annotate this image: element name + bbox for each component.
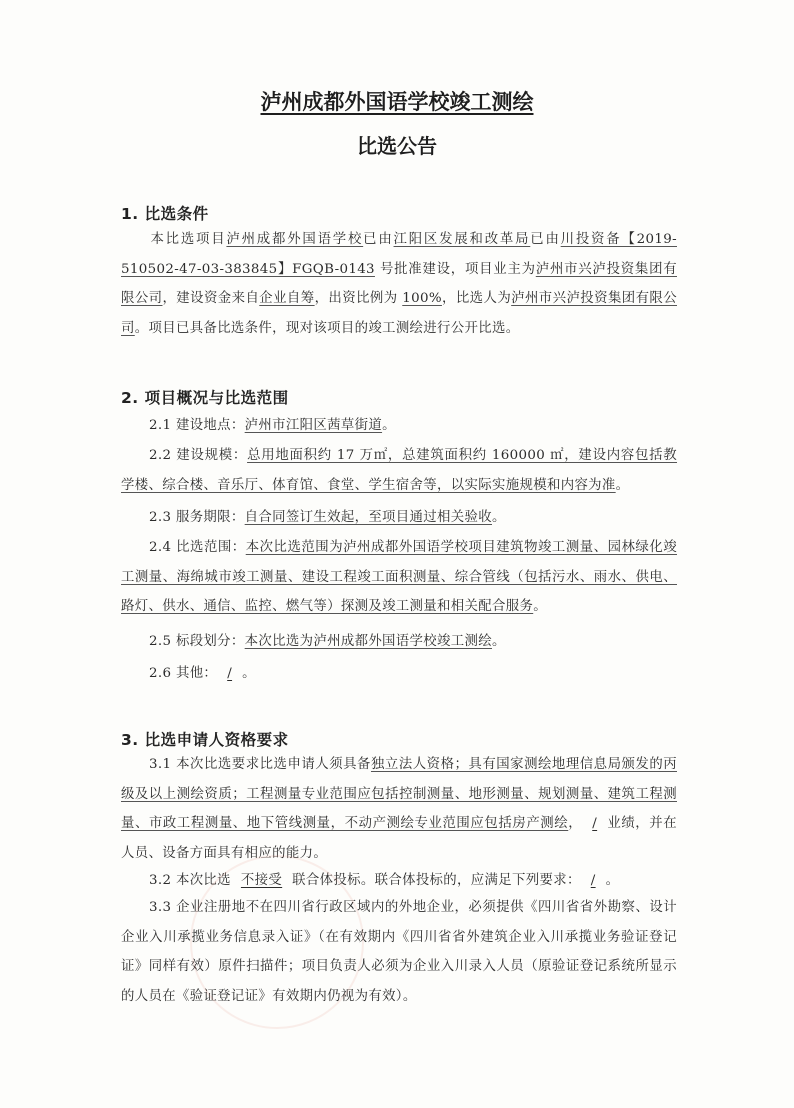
underlined-text: 本次比选为泸州成都外国语学校竣工测绘 bbox=[245, 634, 492, 649]
underlined-text: 自合同签订生效起，至项目通过相关验收 bbox=[245, 510, 492, 525]
text-run: ， bbox=[568, 816, 582, 831]
section-2-5-paragraph: 2.5 标段划分：本次比选为泸州成都外国语学校竣工测绘。 bbox=[121, 627, 677, 657]
text-run: 2.3 服务期限： bbox=[149, 510, 245, 525]
text-run: 2.5 标段划分： bbox=[149, 634, 245, 649]
underlined-text: 江阳区发展和改革局 bbox=[394, 232, 531, 247]
text-run: 。 bbox=[533, 599, 547, 614]
section-3-heading: 3. 比选申请人资格要求 bbox=[121, 728, 289, 750]
section-2-6-paragraph: 2.6 其他：/。 bbox=[121, 659, 677, 689]
fill-in-blank: / bbox=[217, 659, 242, 689]
document-subtitle: 比选公告 bbox=[0, 130, 794, 159]
text-run: 。 bbox=[492, 634, 506, 649]
underlined-text: 100% bbox=[402, 291, 442, 306]
text-run: 。 bbox=[382, 418, 396, 433]
text-run: 2.1 建设地点： bbox=[149, 418, 245, 433]
text-run: 2.6 其他： bbox=[149, 666, 217, 681]
text-run: 已由 bbox=[363, 232, 393, 247]
text-run: 号批准建设，项目业主为 bbox=[375, 262, 536, 277]
text-run: 3.3 企业注册地不在四川省行政区域内的外地企业，必须提供《四川省省外勘察、设计… bbox=[121, 900, 677, 1004]
section-3-1-paragraph: 3.1 本次比选要求比选申请人须具备独立法人资格；具有国家测绘地理信息局颁发的丙… bbox=[121, 750, 677, 868]
section-1-paragraph: 本比选项目泸州成都外国语学校已由江阳区发展和改革局已由川投资备【2019-510… bbox=[121, 225, 677, 343]
text-run: ，比选人为 bbox=[442, 291, 511, 306]
section-2-3-paragraph: 2.3 服务期限：自合同签订生效起，至项目通过相关验收。 bbox=[121, 503, 677, 533]
text-run: 。项目已具备比选条件，现对该项目的竣工测绘进行公开比选。 bbox=[135, 321, 520, 336]
document-page: 泸州成都外国语学校竣工测绘 比选公告 1. 比选条件 本比选项目泸州成都外国语学… bbox=[0, 0, 794, 1108]
text-run: 。 bbox=[616, 478, 630, 493]
text-run: 3.1 本次比选要求比选申请人须具备 bbox=[149, 757, 371, 772]
section-3-3-paragraph: 3.3 企业注册地不在四川省行政区域内的外地企业，必须提供《四川省省外勘察、设计… bbox=[121, 893, 677, 1011]
text-run: 3.2 本次比选 bbox=[149, 873, 231, 888]
section-3-2-paragraph: 3.2 本次比选不接受联合体投标。联合体投标的，应满足下列要求：/。 bbox=[121, 866, 677, 896]
text-run: ，建设资金来自 bbox=[162, 291, 259, 306]
document-title-text: 泸州成都外国语学校竣工测绘 bbox=[261, 90, 534, 114]
text-run: 2.4 比选范围： bbox=[149, 540, 246, 555]
fill-in-blank: / bbox=[582, 809, 607, 839]
underlined-text: 泸州成都外国语学校 bbox=[226, 232, 363, 247]
text-run: 。 bbox=[606, 873, 620, 888]
section-2-4-paragraph: 2.4 比选范围：本次比选范围为泸州成都外国语学校项目建筑物竣工测量、园林绿化竣… bbox=[121, 533, 677, 622]
fill-in-blank: / bbox=[581, 866, 606, 896]
text-run: 。 bbox=[242, 666, 256, 681]
document-title: 泸州成都外国语学校竣工测绘 bbox=[0, 86, 794, 116]
section-2-2-paragraph: 2.2 建设规模：总用地面积约 17 万㎡，总建筑面积约 160000 ㎡，建设… bbox=[121, 441, 677, 500]
text-run: 2.2 建设规模： bbox=[149, 448, 247, 463]
text-run: ，出资比例为 bbox=[315, 291, 403, 306]
underlined-text: 泸州市江阳区茜草街道 bbox=[245, 418, 382, 433]
section-2-heading: 2. 项目概况与比选范围 bbox=[121, 386, 289, 408]
fill-in-blank: 不接受 bbox=[231, 866, 292, 896]
section-1-heading: 1. 比选条件 bbox=[121, 202, 209, 224]
text-run: 已由 bbox=[530, 232, 560, 247]
section-2-1-paragraph: 2.1 建设地点：泸州市江阳区茜草街道。 bbox=[121, 411, 677, 441]
text-run: 。 bbox=[492, 510, 506, 525]
underlined-text: 企业自筹 bbox=[259, 291, 314, 306]
text-run: 本比选项目 bbox=[149, 232, 226, 247]
text-run: 联合体投标。联合体投标的，应满足下列要求： bbox=[292, 873, 581, 888]
